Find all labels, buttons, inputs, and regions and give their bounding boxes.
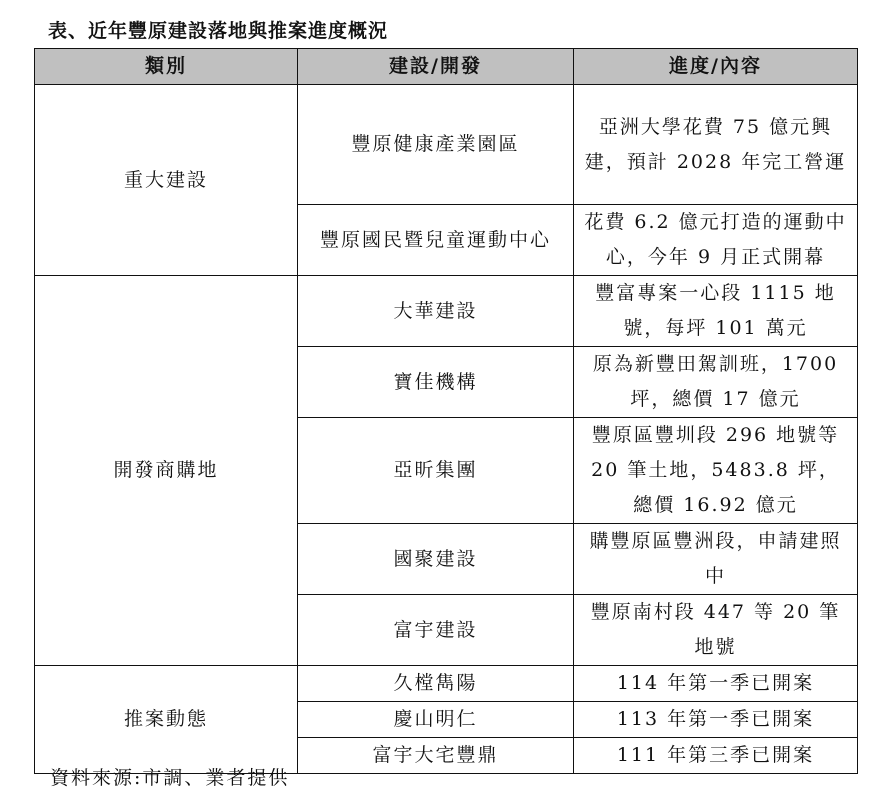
progress-cell: 114 年第一季已開案 bbox=[574, 666, 858, 702]
progress-cell: 豐原南村段 447 等 20 筆地號 bbox=[574, 595, 858, 666]
progress-cell: 原為新豐田駕訓班，1700 坪，總價 17 億元 bbox=[574, 347, 858, 418]
project-cell: 富宇建設 bbox=[298, 595, 574, 666]
project-cell: 寶佳機構 bbox=[298, 347, 574, 418]
project-cell: 久樘雋陽 bbox=[298, 666, 574, 702]
header-project: 建設/開發 bbox=[298, 49, 574, 85]
project-cell: 國聚建設 bbox=[298, 524, 574, 595]
progress-cell: 113 年第一季已開案 bbox=[574, 702, 858, 738]
table-row: 開發商購地 大華建設 豐富專案一心段 1115 地號，每坪 101 萬元 bbox=[35, 276, 858, 347]
progress-cell: 購豐原區豐洲段，申請建照中 bbox=[574, 524, 858, 595]
category-cell: 重大建設 bbox=[35, 85, 298, 276]
table-row: 重大建設 豐原健康產業園區 亞洲大學花費 75 億元興建，預計 2028 年完工… bbox=[35, 85, 858, 205]
header-progress: 進度/內容 bbox=[574, 49, 858, 85]
progress-table: 類別 建設/開發 進度/內容 重大建設 豐原健康產業園區 亞洲大學花費 75 億… bbox=[34, 48, 858, 774]
progress-cell: 豐富專案一心段 1115 地號，每坪 101 萬元 bbox=[574, 276, 858, 347]
project-cell: 慶山明仁 bbox=[298, 702, 574, 738]
table-row: 推案動態 久樘雋陽 114 年第一季已開案 bbox=[35, 666, 858, 702]
project-cell: 豐原國民暨兒童運動中心 bbox=[298, 205, 574, 276]
progress-cell: 亞洲大學花費 75 億元興建，預計 2028 年完工營運 bbox=[574, 85, 858, 205]
category-cell: 開發商購地 bbox=[35, 276, 298, 666]
progress-cell: 豐原區豐圳段 296 地號等 20 筆土地，5483.8 坪，總價 16.92 … bbox=[574, 418, 858, 524]
project-cell: 大華建設 bbox=[298, 276, 574, 347]
project-cell: 亞昕集團 bbox=[298, 418, 574, 524]
project-cell: 豐原健康產業園區 bbox=[298, 85, 574, 205]
table-title: 表、近年豐原建設落地與推案進度概況 bbox=[48, 16, 388, 43]
progress-cell: 花費 6.2 億元打造的運動中心，今年 9 月正式開幕 bbox=[574, 205, 858, 276]
header-category: 類別 bbox=[35, 49, 298, 85]
table-header-row: 類別 建設/開發 進度/內容 bbox=[35, 49, 858, 85]
project-cell: 富宇大宅豐鼎 bbox=[298, 738, 574, 774]
category-cell: 推案動態 bbox=[35, 666, 298, 774]
progress-cell: 111 年第三季已開案 bbox=[574, 738, 858, 774]
source-note: 資料來源:市調、業者提供 bbox=[50, 763, 289, 790]
